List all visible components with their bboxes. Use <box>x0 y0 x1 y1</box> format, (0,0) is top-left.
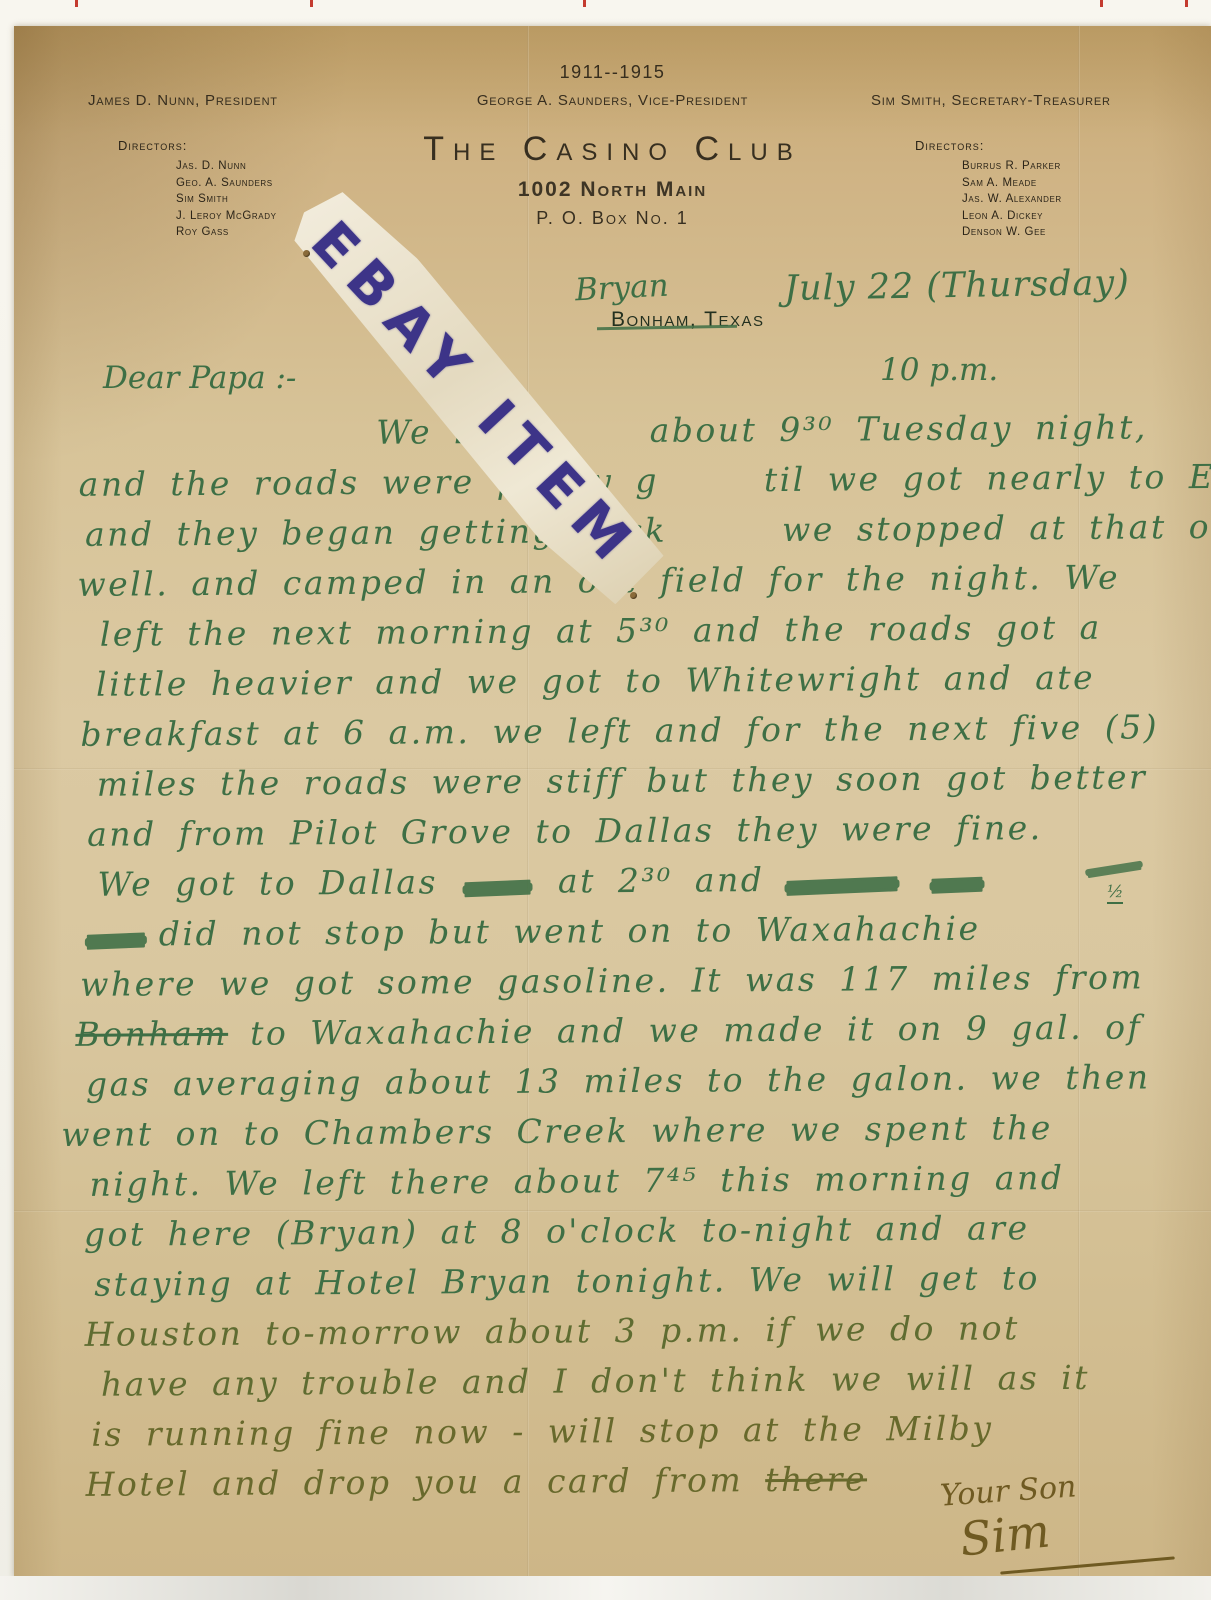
pin-dot <box>630 592 637 599</box>
handwritten-time: 10 p.m. <box>880 352 998 388</box>
letter-text-segment: til we got nearly to Ely <box>764 457 1211 499</box>
letter-text-segment: Hotel and drop you a card from <box>86 1460 766 1504</box>
director-name: Jas. W. Alexander <box>962 191 1062 208</box>
letter-line: We got to Dallasat 2³⁰ and <box>59 852 1209 910</box>
letter-text-segment: got here (Bryan) at 8 o'clock to-night a… <box>84 1208 1030 1254</box>
ink-scribble <box>85 935 147 947</box>
director-name: Roy Gass <box>176 224 277 241</box>
letter-text-segment: We got to Dallas <box>97 862 438 903</box>
director-name: Jas. D. Nunn <box>176 158 277 175</box>
letter-text-segment: night. We left there about 7⁴⁵ this morn… <box>89 1158 1064 1204</box>
letter-text-segment: miles the roads were stiff but they soon… <box>97 757 1148 803</box>
ink-scribble <box>929 880 984 891</box>
director-name: J. Leroy McGrady <box>176 208 277 225</box>
ink-scribble <box>784 879 899 893</box>
letter-text-segment: Houston to-morrow about 3 p.m. if we do … <box>84 1308 1019 1354</box>
director-name: Burrus R. Parker <box>962 158 1062 175</box>
letter-line: and from Pilot Grove to Dallas they were… <box>59 802 1209 860</box>
pin-dot <box>303 250 310 257</box>
letter-line: did not stop but went on to Waxahachie <box>60 902 1210 960</box>
letter-line: went on to Chambers Creek where we spent… <box>61 1102 1211 1160</box>
letter-line: Houston to-morrow about 3 p.m. if we do … <box>62 1302 1211 1360</box>
letter-text-segment: where we got some gasoline. It was 117 m… <box>80 957 1144 1003</box>
directors-list-left: Jas. D. NunnGeo. A. SaundersSim SmithJ. … <box>176 158 277 241</box>
letter-line: night. We left there about 7⁴⁵ this morn… <box>61 1152 1211 1210</box>
letterhead-secretary-treasurer: Sim Smith, Secretary-Treasurer <box>871 92 1111 109</box>
director-name: Geo. A. Saunders <box>176 175 277 192</box>
letter-text-segment: and from Pilot Grove to Dallas they were… <box>87 808 1043 854</box>
letter-line: and the roads were pretty gtil we got ne… <box>57 452 1207 510</box>
scanner-background <box>0 1576 1211 1600</box>
letter-text-segment: at 2³⁰ and <box>558 860 765 900</box>
letter-text-segment: left the next morning at 5³⁰ and the roa… <box>100 608 1102 654</box>
letter-line: got here (Bryan) at 8 o'clock to-night a… <box>62 1202 1211 1260</box>
ink-scribble <box>463 882 533 894</box>
letter-line: where we got some gasoline. It was 117 m… <box>60 952 1210 1010</box>
letter-text-segment: we stopped at that old <box>782 507 1211 549</box>
directors-label-right: Directors: <box>915 138 984 153</box>
letter-line: have any trouble and I don't think we wi… <box>63 1352 1211 1410</box>
directors-label-left: Directors: <box>118 138 187 153</box>
letter-line: is running fine now - will stop at the M… <box>63 1402 1211 1460</box>
letter-text-segment: little heavier and we got to Whitewright… <box>96 658 1095 704</box>
salutation: Dear Papa :- <box>103 360 296 396</box>
director-name: Sim Smith <box>176 191 277 208</box>
scan-registration-mark <box>75 0 78 7</box>
margin-note: ½ <box>1085 865 1143 904</box>
letter-text-segment: did not stop but went on to Waxahachie <box>159 909 981 954</box>
letter-text-segment: gas averaging about 13 miles to the galo… <box>86 1057 1151 1103</box>
letter-line: gas averaging about 13 miles to the galo… <box>61 1052 1211 1110</box>
handwritten-date: July 22 (Thursday) <box>784 263 1130 309</box>
director-name: Leon A. Dickey <box>962 208 1062 225</box>
letter-paper: 1911--1915 James D. Nunn, President Geor… <box>14 26 1211 1578</box>
scanned-letter-page: 1911--1915 James D. Nunn, President Geor… <box>0 0 1211 1600</box>
letter-text-segment: have any trouble and I don't think we wi… <box>101 1358 1090 1404</box>
scan-registration-mark <box>583 0 586 7</box>
letter-text-segment: went on to Chambers Creek where we spent… <box>61 1108 1053 1154</box>
director-name: Sam A. Meade <box>962 175 1062 192</box>
letter-line: little heavier and we got to Whitewright… <box>58 652 1208 710</box>
letter-line: We leftabout 9³⁰ Tuesday night, <box>56 402 1206 460</box>
director-name: Denson W. Gee <box>962 224 1062 241</box>
signature-sim: Sim <box>957 1503 1052 1566</box>
strikethrough-segment: Bonham <box>75 1014 228 1054</box>
strikethrough-segment: there <box>765 1459 867 1499</box>
letter-line: staying at Hotel Bryan tonight. We will … <box>62 1252 1211 1310</box>
handwritten-city-bryan: Bryan <box>574 268 669 309</box>
letter-text-segment: about 9³⁰ Tuesday night, <box>650 407 1148 449</box>
letter-line: miles the roads were stiff but they soon… <box>59 752 1209 810</box>
scan-registration-mark <box>310 0 313 7</box>
scan-registration-mark <box>1185 0 1188 7</box>
letter-text-segment: staying at Hotel Bryan tonight. We will … <box>94 1258 1040 1304</box>
letter-line: left the next morning at 5³⁰ and the roa… <box>58 602 1208 660</box>
scan-registration-mark <box>1100 0 1103 7</box>
letter-text-segment: breakfast at 6 a.m. we left and for the … <box>80 707 1159 754</box>
margin-half-fraction: ½ <box>1107 882 1123 904</box>
letter-line: breakfast at 6 a.m. we left and for the … <box>58 702 1208 760</box>
letterhead-years: 1911--1915 <box>14 62 1211 83</box>
letter-text-segment: to Waxahachie and we made it on 9 gal. o… <box>228 1007 1142 1052</box>
letter-line: Bonham to Waxahachie and we made it on 9… <box>60 1002 1210 1060</box>
directors-list-right: Burrus R. ParkerSam A. MeadeJas. W. Alex… <box>962 158 1062 241</box>
letter-text-segment: is running fine now - will stop at the M… <box>91 1409 993 1454</box>
